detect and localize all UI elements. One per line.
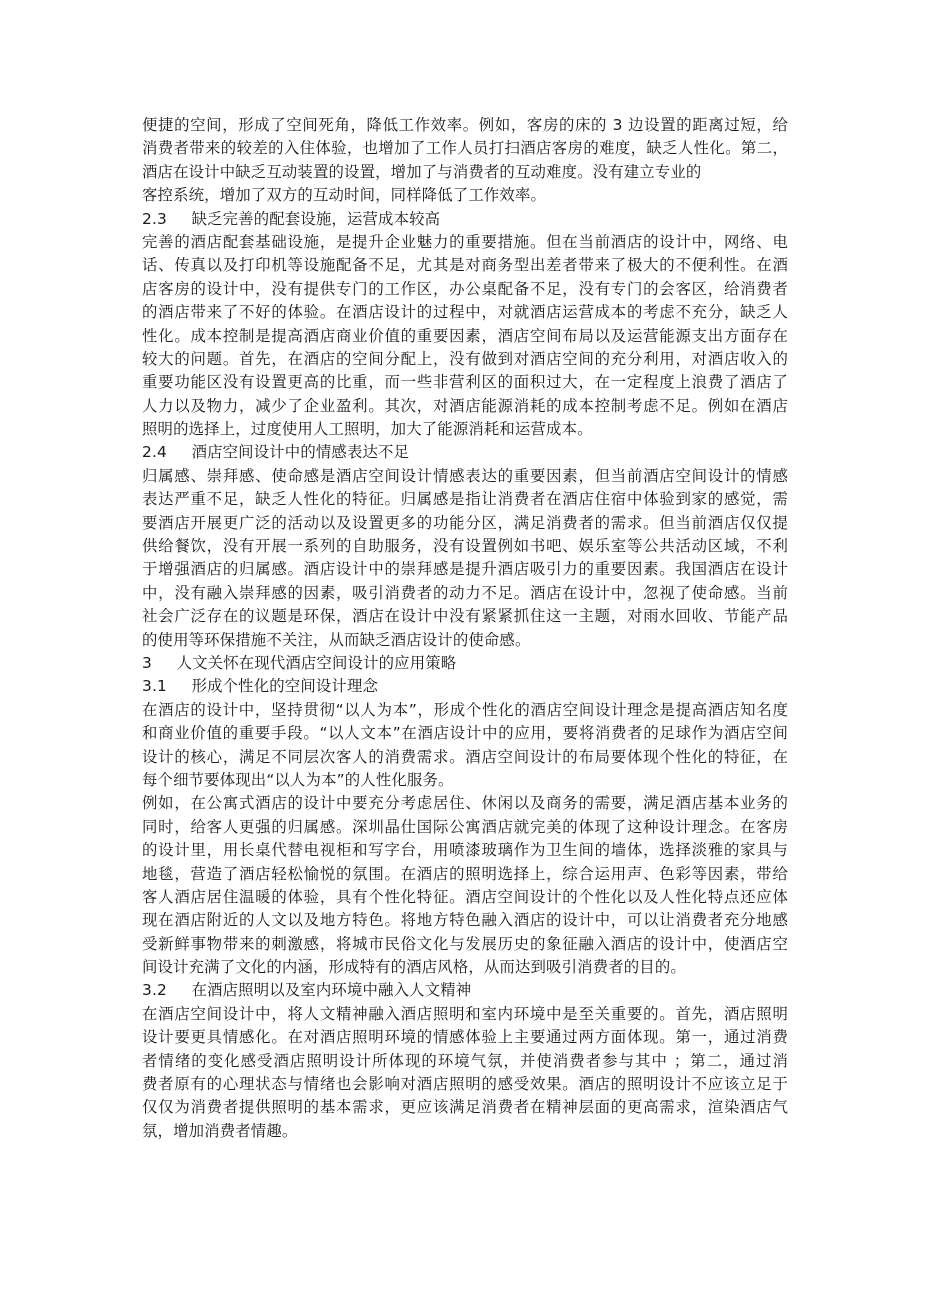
text-line: 较大的问题。首先，在酒店的空间分配上，没有做到对酒店空间的充分利用，对酒店收入的 (142, 348, 788, 371)
text-line: 话、传真以及打印机等设施配备不足，尤其是对商务型出差者带来了极大的不便利性。在酒 (142, 254, 788, 277)
section-title: 在酒店照明以及室内环境中融入人文精神 (192, 981, 472, 999)
section-title: 形成个性化的空间设计理念 (192, 677, 379, 695)
text-line: 性化。成本控制是提高酒店商业价值的重要因素，酒店空间布局以及运营能源支出方面存在 (142, 325, 788, 348)
text-line: 酒店在设计中缺乏互动装置的设置，增加了与消费者的互动难度。没有建立专业的 (142, 161, 788, 184)
text-line: 地毯，营造了酒店轻松愉悦的氛围。在酒店的照明选择上，综合运用声、色彩等因素，带给 (142, 863, 788, 886)
section-heading: 3人文关怀在现代酒店空间设计的应用策略 (142, 652, 788, 675)
text-line: 消费者带来的较差的入住体验，也增加了工作人员打扫酒店客房的难度，缺乏人性化。第二… (142, 137, 788, 160)
text-line: 仅仅为消费者提供照明的基本需求，更应该满足消费者在精神层面的更高需求，渲染酒店气 (142, 1096, 788, 1119)
text-line: 于增强酒店的归属感。酒店设计中的崇拜感是提升酒店吸引力的重要因素。我国酒店在设计 (142, 558, 788, 581)
paragraph: 完善的酒店配套基础设施，是提升企业魅力的重要措施。但在当前酒店的设计中，网络、电… (142, 231, 788, 442)
text-line: 客控系统，增加了双方的互动时间，同样降低了工作效率。 (142, 184, 788, 207)
text-line: 社会广泛存在的议题是环保，酒店在设计中没有紧紧抓住这一主题，对雨水回收、节能产品 (142, 605, 788, 628)
text-line: 照明的选择上，过度使用人工照明，加大了能源消耗和运营成本。 (142, 418, 788, 441)
text-line: 的设计里，用长桌代替电视柜和写字台，用喷漆玻璃作为卫生间的墙体，选择淡雅的家具与 (142, 839, 788, 862)
text-line: 设计的核心，满足不同层次客人的消费需求。酒店空间设计的布局要体现个性化的特征，在 (142, 746, 788, 769)
section-number: 2.4 (142, 443, 167, 461)
section-heading: 3.2在酒店照明以及室内环境中融入人文精神 (142, 979, 788, 1002)
text-line: 的使用等环保措施不关注，从而缺乏酒店设计的使命感。 (142, 629, 788, 652)
text-line: 同时，给客人更强的归属感。深圳晶仕国际公寓酒店就完美的体现了这种设计理念。在客房 (142, 816, 788, 839)
text-line: 受新鲜事物带来的刺激感，将城市民俗文化与发展历史的象征融入酒店的设计中，使酒店空 (142, 933, 788, 956)
text-line: 氛，增加消费者情趣。 (142, 1120, 788, 1143)
text-line: 便捷的空间，形成了空间死角，降低工作效率。例如，客房的床的 3 边设置的距离过短… (142, 114, 788, 137)
text-line: 表达严重不足，缺乏人性化的特征。归属感是指让消费者在酒店住宿中体验到家的感觉，需 (142, 488, 788, 511)
paragraph: 在酒店的设计中，坚持贯彻“以人为本”，形成个性化的酒店空间设计理念是提高酒店知名… (142, 699, 788, 793)
text-line: 要酒店开展更广泛的活动以及设置更多的功能分区，满足消费者的需求。但当前酒店仅仅提 (142, 512, 788, 535)
paragraph: 例如，在公寓式酒店的设计中要充分考虑居住、休闲以及商务的需要，满足酒店基本业务的… (142, 792, 788, 979)
section-title: 人文关怀在现代酒店空间设计的应用策略 (177, 654, 457, 672)
section-heading: 2.4酒店空间设计中的情感表达不足 (142, 441, 788, 464)
text-line: 的酒店带来了不好的体验。在酒店设计的过程中，对就酒店运营成本的考虑不充分，缺乏人 (142, 301, 788, 324)
paragraph: 归属感、崇拜感、使命感是酒店空间设计情感表达的重要因素，但当前酒店空间设计的情感… (142, 465, 788, 652)
text-line: 重要功能区没有设置更高的比重，而一些非营利区的面积过大，在一定程度上浪费了酒店了 (142, 371, 788, 394)
text-line: 人力以及物力，减少了企业盈利。其次，对酒店能源消耗的成本控制考虑不足。例如在酒店 (142, 395, 788, 418)
text-line: 中，没有融入崇拜感的因素，吸引消费者的动力不足。酒店在设计中，忽视了使命感。当前 (142, 582, 788, 605)
section-number: 3.2 (142, 981, 167, 999)
text-line: 店客房的设计中，没有提供专门的工作区，办公桌配备不足，没有专门的会客区，给消费者 (142, 278, 788, 301)
text-line: 设计要更具情感化。在对酒店照明环境的情感体验上主要通过两方面体现。第一，通过消费 (142, 1026, 788, 1049)
section-title: 缺乏完善的配套设施，运营成本较高 (192, 210, 441, 228)
text-line: 归属感、崇拜感、使命感是酒店空间设计情感表达的重要因素，但当前酒店空间设计的情感 (142, 465, 788, 488)
text-line: 间设计充满了文化的内涵，形成特有的酒店风格，从而达到吸引消费者的目的。 (142, 956, 788, 979)
text-line: 现在酒店附近的人文以及地方特色。将地方特色融入酒店的设计中，可以让消费者充分地感 (142, 909, 788, 932)
paragraph: 在酒店空间设计中，将人文精神融入酒店照明和室内环境中是至关重要的。首先，酒店照明… (142, 1003, 788, 1143)
text-line: 供给餐饮，没有开展一系列的自助服务，没有设置例如书吧、娱乐室等公共活动区域，不利 (142, 535, 788, 558)
text-line: 在酒店的设计中，坚持贯彻“以人为本”，形成个性化的酒店空间设计理念是提高酒店知名… (142, 699, 788, 722)
section-heading: 3.1形成个性化的空间设计理念 (142, 675, 788, 698)
text-line: 和商业价值的重要手段。“以人文本”在酒店设计中的应用，要将消费者的足球作为酒店空… (142, 722, 788, 745)
text-line: 完善的酒店配套基础设施，是提升企业魅力的重要措施。但在当前酒店的设计中，网络、电 (142, 231, 788, 254)
text-line: 每个细节要体现出“以人为本”的人性化服务。 (142, 769, 788, 792)
section-number: 3.1 (142, 677, 167, 695)
paragraph: 便捷的空间，形成了空间死角，降低工作效率。例如，客房的床的 3 边设置的距离过短… (142, 114, 788, 208)
section-number: 2.3 (142, 210, 167, 228)
section-heading: 2.3缺乏完善的配套设施，运营成本较高 (142, 208, 788, 231)
text-line: 者情绪的变化感受酒店照明设计所体现的环境气氛，并使消费者参与其中 ；第二，通过消 (142, 1050, 788, 1073)
text-line: 客人酒店居住温暖的体验，具有个性化特征。酒店空间设计的个性化以及人性化特点还应体 (142, 886, 788, 909)
text-line: 费者原有的心理状态与情绪也会影响对酒店照明的感受效果。酒店的照明设计不应该立足于 (142, 1073, 788, 1096)
section-number: 3 (142, 654, 152, 672)
section-title: 酒店空间设计中的情感表达不足 (192, 443, 410, 461)
text-line: 例如，在公寓式酒店的设计中要充分考虑居住、休闲以及商务的需要，满足酒店基本业务的 (142, 792, 788, 815)
document-page: 便捷的空间，形成了空间死角，降低工作效率。例如，客房的床的 3 边设置的距离过短… (142, 114, 788, 1143)
text-line: 在酒店空间设计中，将人文精神融入酒店照明和室内环境中是至关重要的。首先，酒店照明 (142, 1003, 788, 1026)
